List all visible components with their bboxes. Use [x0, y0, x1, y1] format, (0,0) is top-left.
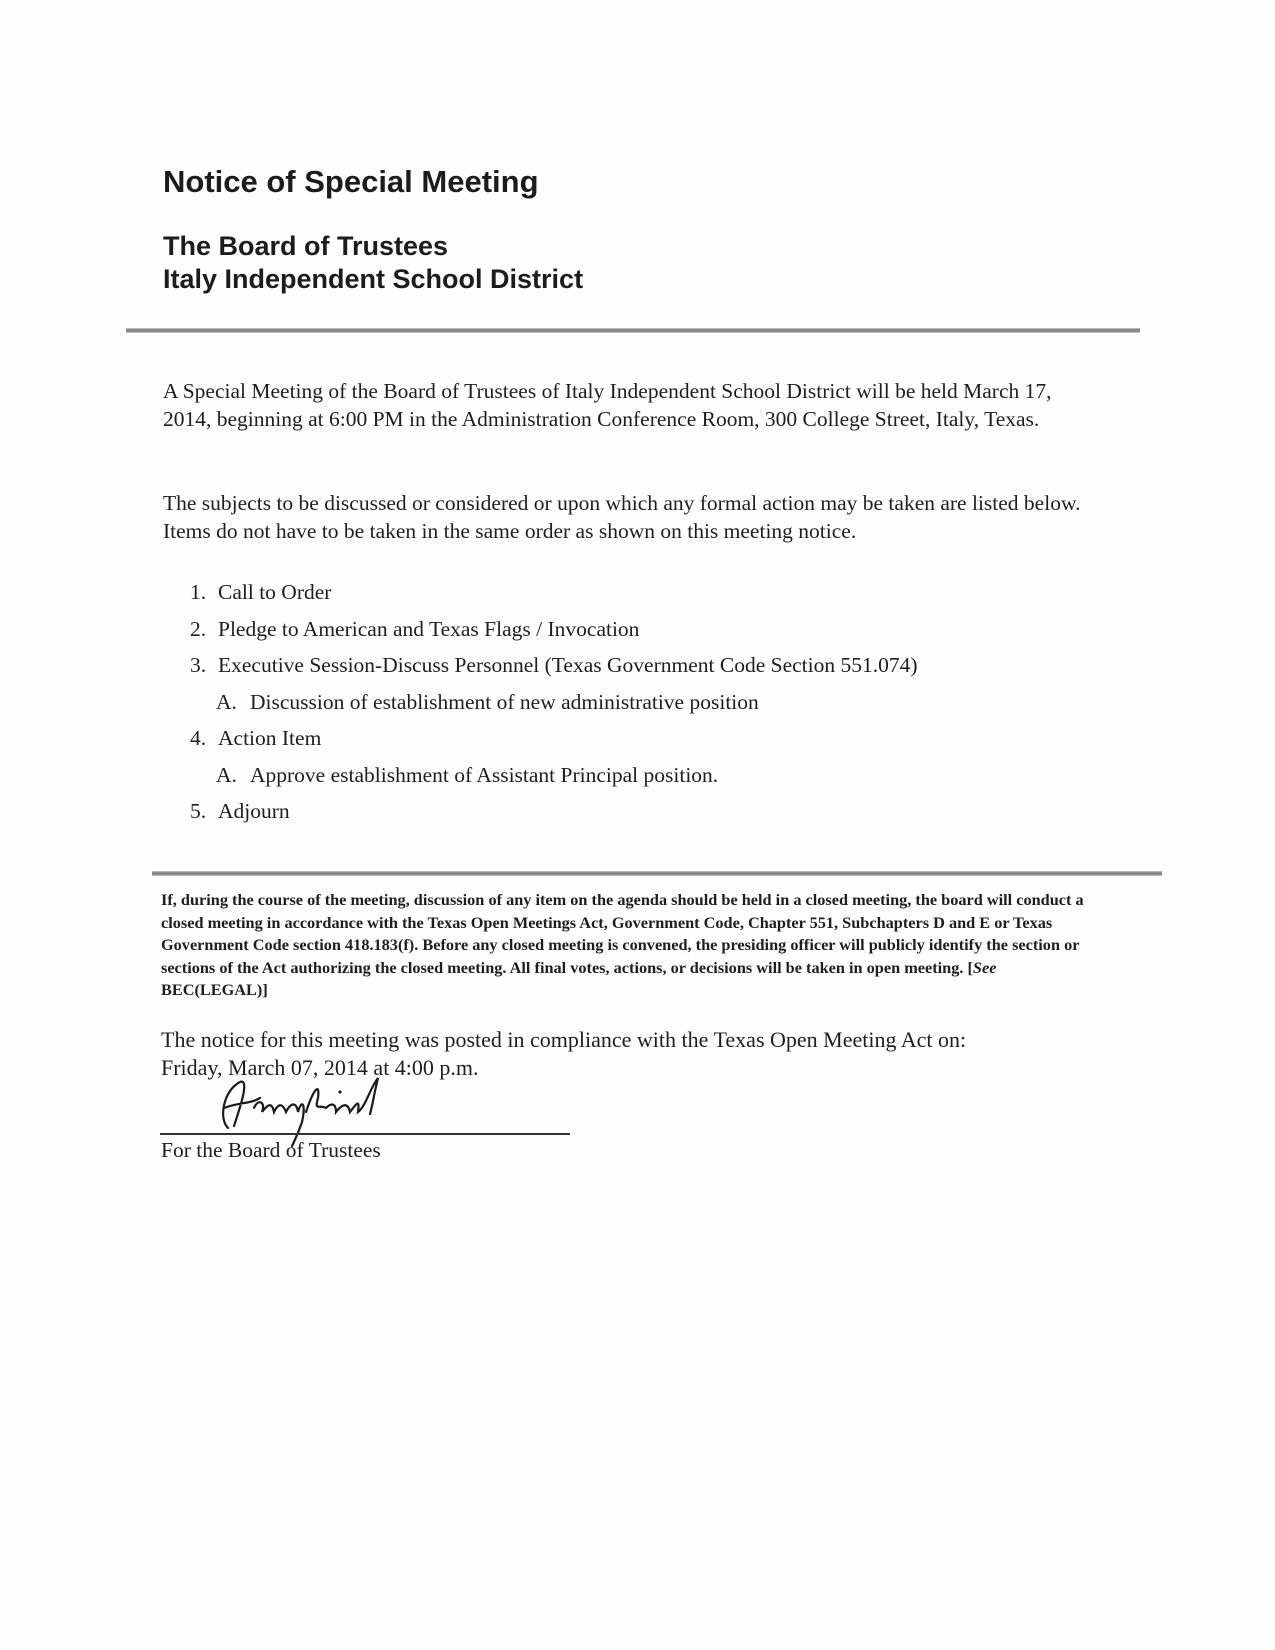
document-subtitle: The Board of Trustees Italy Independent …: [163, 230, 583, 296]
agenda-subitem: A.Discussion of establishment of new adm…: [190, 688, 918, 725]
handwritten-signature: [210, 1068, 410, 1148]
meeting-announcement: A Special Meeting of the Board of Truste…: [163, 377, 1083, 433]
bottom-divider: [152, 871, 1162, 876]
closed-meeting-notice: If, during the course of the meeting, di…: [161, 889, 1101, 1002]
agenda-subitem: A.Approve establishment of Assistant Pri…: [190, 761, 918, 798]
document-title: Notice of Special Meeting: [163, 164, 539, 200]
agenda-list: 1.Call to Order 2.Pledge to American and…: [190, 578, 918, 834]
agenda-item: 2.Pledge to American and Texas Flags / I…: [190, 615, 918, 652]
agenda-item: 1.Call to Order: [190, 578, 918, 615]
subtitle-board: The Board of Trustees: [163, 231, 448, 261]
document-page: Notice of Special Meeting The Board of T…: [0, 0, 1275, 1650]
agenda-item: 3.Executive Session-Discuss Personnel (T…: [190, 651, 918, 688]
signature-line: [160, 1133, 570, 1135]
signature-label: For the Board of Trustees: [161, 1138, 381, 1163]
agenda-item: 4.Action Item: [190, 724, 918, 761]
agenda-item: 5.Adjourn: [190, 797, 918, 834]
subtitle-district: Italy Independent School District: [163, 264, 583, 294]
top-divider: [126, 328, 1140, 333]
subjects-intro: The subjects to be discussed or consider…: [163, 489, 1083, 545]
